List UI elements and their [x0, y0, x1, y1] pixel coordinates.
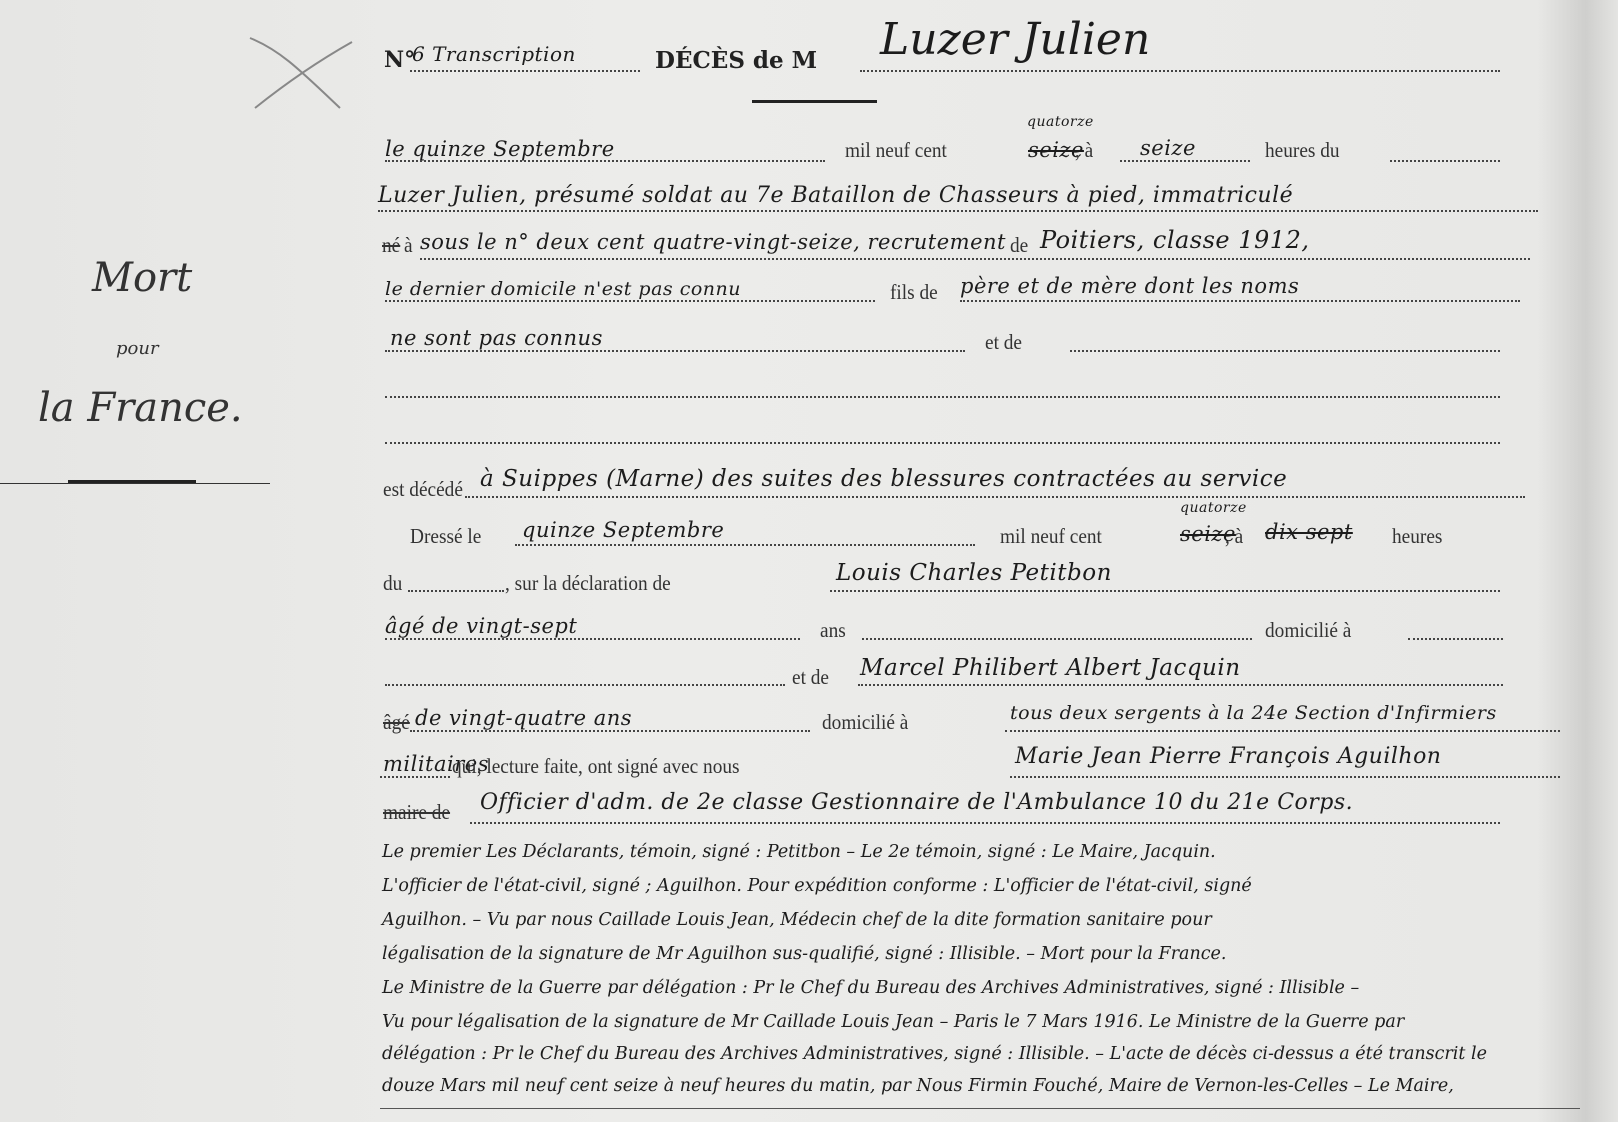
- print-text: , à: [1225, 524, 1243, 549]
- scanned-document-page: Mort pour la France. N° 6 Transcription …: [0, 0, 1618, 1122]
- margin-pour: pour: [116, 338, 159, 359]
- cross-mark-icon: [240, 30, 360, 110]
- print-text: fils de: [890, 280, 938, 305]
- corrected-year: quatorze: [1180, 500, 1247, 516]
- second-declarant-age: de vingt-quatre ans: [415, 706, 632, 730]
- margin-rule-bold: [68, 480, 196, 483]
- print-text: domicilié à: [822, 710, 908, 735]
- note-line: délégation : Pr le Chef du Bureau des Ar…: [382, 1044, 1487, 1064]
- registrar-title: Officier d'adm. de 2e classe Gestionnair…: [480, 790, 1353, 815]
- margin-rule: [0, 483, 270, 484]
- date-of-death: le quinze Septembre: [385, 137, 615, 161]
- parents: père et de mère dont les noms: [960, 274, 1299, 298]
- hour-of-death: seize: [1140, 136, 1196, 160]
- deceased-name: Luzer Julien: [880, 14, 1150, 65]
- parents-continued: ne sont pas connus: [390, 326, 603, 350]
- struck-print: maire de: [383, 800, 450, 825]
- registration-number: sous le n° deux cent quatre-vingt-seize,…: [420, 230, 1006, 254]
- note-line: Le Ministre de la Guerre par délégation …: [382, 978, 1359, 998]
- note-line: Le premier Les Déclarants, témoin, signé…: [382, 842, 1216, 862]
- print-text: , à: [1075, 138, 1093, 163]
- note-line: légalisation de la signature de Mr Aguil…: [382, 944, 1226, 964]
- date-drawn-up: quinze Septembre: [522, 518, 724, 542]
- last-domicile: le dernier domicile n'est pas connu: [385, 278, 741, 300]
- deceased-identity: Luzer Julien, présumé soldat au 7e Batai…: [378, 183, 1293, 208]
- print-text: domicilié à: [1265, 618, 1351, 643]
- print-text: du: [383, 571, 402, 596]
- recruitment-class: Poitiers, classe 1912,: [1040, 226, 1309, 254]
- number-value: 6 Transcription: [412, 42, 576, 66]
- header-underline: [752, 100, 877, 103]
- registrar-name: Marie Jean Pierre François Aguilhon: [1015, 744, 1441, 769]
- margin-la-france: la France.: [38, 385, 243, 431]
- note-line: L'officier de l'état-civil, signé ; Agui…: [382, 876, 1252, 896]
- print-text: et de: [792, 665, 829, 690]
- print-text: heures: [1392, 524, 1442, 549]
- print-text: est décédé: [383, 477, 463, 502]
- bottom-rule: [380, 1108, 1580, 1109]
- struck-print: né: [382, 233, 400, 258]
- print-text: à: [404, 233, 413, 258]
- print-text: heures du: [1265, 138, 1340, 163]
- declarants-domicile: tous deux sergents à la 24e Section d'In…: [1010, 702, 1497, 724]
- print-text: Dressé le: [410, 524, 481, 549]
- note-line: Vu pour légalisation de la signature de …: [382, 1012, 1404, 1032]
- first-declarant-age: âgé de vingt-sept: [385, 614, 577, 638]
- print-text: mil neuf cent: [1000, 524, 1102, 549]
- margin-mort: Mort: [92, 255, 192, 301]
- print-text: et de: [985, 330, 1022, 355]
- print-text: , sur la déclaration de: [505, 571, 671, 596]
- print-text: ans: [820, 618, 846, 643]
- struck-print: âgé: [383, 710, 410, 735]
- note-line: Aguilhon. – Vu par nous Caillade Louis J…: [382, 910, 1212, 930]
- place-of-death: à Suippes (Marne) des suites des blessur…: [480, 466, 1287, 492]
- first-declarant: Louis Charles Petitbon: [836, 560, 1112, 586]
- print-text: qui, lecture faite, ont signé avec nous: [452, 754, 740, 779]
- second-declarant: Marcel Philibert Albert Jacquin: [860, 655, 1241, 681]
- hour-drawn-up: dix-sept: [1265, 520, 1353, 544]
- document-title: DÉCÈS de M: [655, 47, 817, 74]
- note-line: douze Mars mil neuf cent seize à neuf he…: [382, 1076, 1454, 1096]
- corrected-year: quatorze: [1027, 114, 1094, 130]
- print-text: de: [1010, 233, 1028, 258]
- print-text: mil neuf cent: [845, 138, 947, 163]
